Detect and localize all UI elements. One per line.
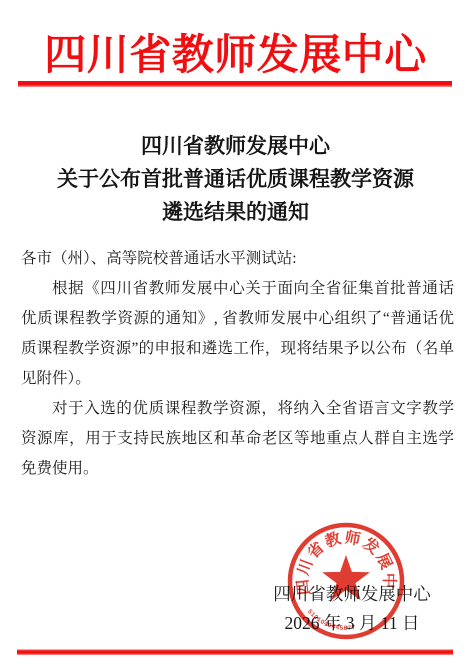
notice-body: 各市（州）、高等院校普通话水平测试站: 根据《四川省教师发展中心关于面向全省征集… [21,244,454,484]
doc-title-line-1: 四川省教师发展中心 [0,130,471,163]
paragraph-1: 根据《四川省教师发展中心关于面向全省征集首批普通话优质课程教学资源的通知》, 省… [21,274,454,394]
seal-star-icon [322,555,370,600]
notice-page: 四川省教师发展中心 四川省教师发展中心 关于公布首批普通话优质课程教学资源 遴选… [0,0,471,670]
doc-title: 四川省教师发展中心 关于公布首批普通话优质课程教学资源 遴选结果的通知 [0,130,471,229]
footer-rule [17,649,453,655]
paragraph-2: 对于入选的优质课程教学资源，将纳入全省语言文字教学资源库，用于支持民族地区和革命… [21,394,454,484]
letterhead-org-name: 四川省教师发展中心 [0,22,471,82]
official-seal: 四川省教师发展中心 5101040445677 [284,519,408,643]
doc-title-line-3: 遴选结果的通知 [0,196,471,229]
letterhead-rule [18,81,452,87]
salutation: 各市（州）、高等院校普通话水平测试站: [21,244,454,274]
doc-title-line-2: 关于公布首批普通话优质课程教学资源 [0,163,471,196]
